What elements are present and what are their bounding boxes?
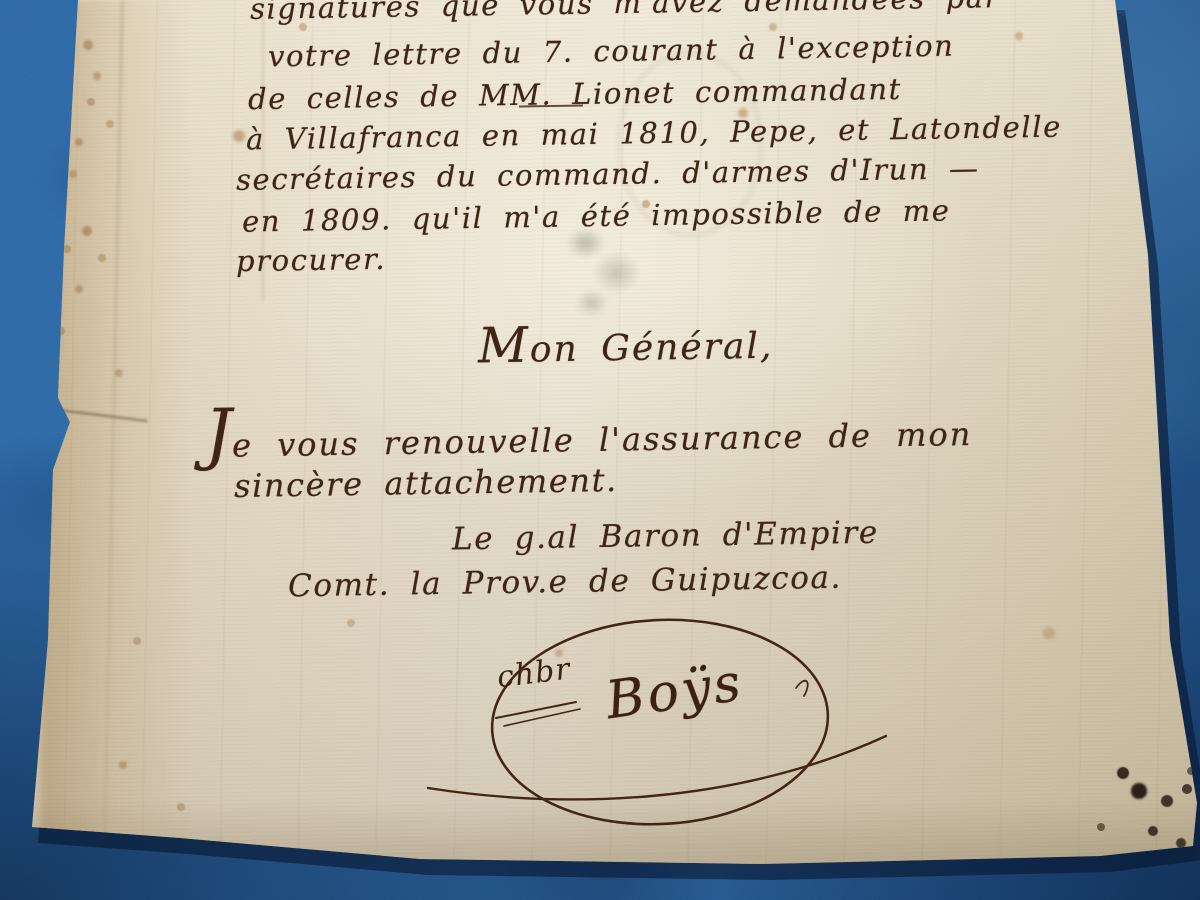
manuscript-line: en 1809. qu'il m'a été impossible de me <box>242 193 951 238</box>
closing-line: sincère attachement. <box>234 461 618 505</box>
manuscript-line: votre lettre du 7. courant à l'exception <box>268 29 955 74</box>
closing-line: Le g.al Baron d'Empire <box>452 515 879 558</box>
salutation-line: Mon Général, <box>478 314 774 375</box>
manuscript-photo: signatures que vous m'avez demandées par… <box>0 0 1200 900</box>
manuscript-line: de celles de MM. Lionet commandant <box>248 72 902 116</box>
closing-line: Je vous renouvelle l'assurance de mon <box>205 406 973 465</box>
manuscript-line: à Villafranca en mai 1810, Pepe, et Lato… <box>246 110 1062 157</box>
manuscript-line: secrétaires du command. d'armes d'Irun — <box>236 151 980 197</box>
signature-flourish-oval <box>408 596 908 866</box>
manuscript-line: signatures que vous m'avez demandées par <box>250 0 1001 26</box>
manuscript-line: procurer. <box>236 242 387 278</box>
handwritten-text-layer: signatures que vous m'avez demandées par… <box>0 0 1200 900</box>
